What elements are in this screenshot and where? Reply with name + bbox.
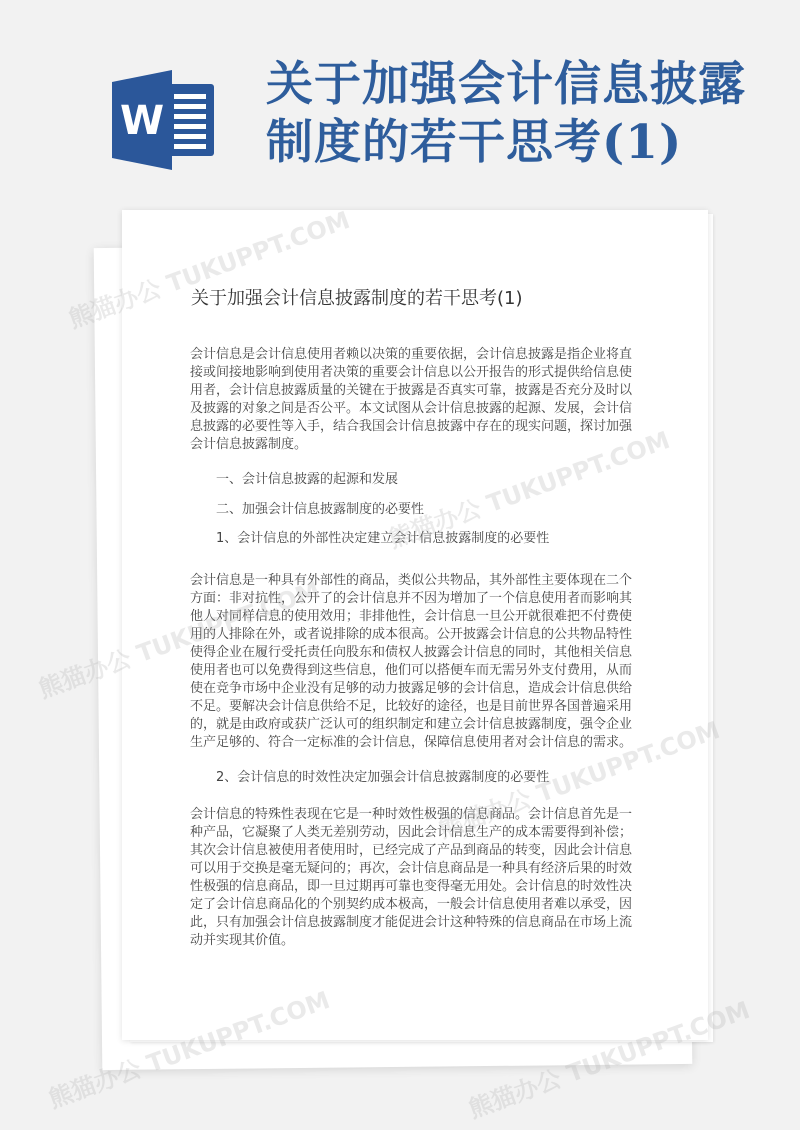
body-paragraph-2: 会计信息的特殊性表现在它是一种时效性极强的信息商品。会计信息首先是一种产品，它凝…: [190, 806, 632, 950]
subsection-heading-2: 2、会计信息的时效性决定加强会计信息披露制度的必要性: [216, 766, 549, 785]
section-heading-1: 一、会计信息披露的起源和发展: [216, 468, 398, 487]
document-title: 关于加强会计信息披露制度的若干思考(1): [191, 284, 523, 310]
banner-title-line2: 制度的若干思考(1): [266, 114, 786, 172]
banner-title-line1: 关于加强会计信息披露: [266, 56, 786, 114]
document-page: 关于加强会计信息披露制度的若干思考(1) 会计信息是会计信息使用者赖以决策的重要…: [122, 210, 708, 1040]
abstract-paragraph: 会计信息是会计信息使用者赖以决策的重要依据，会计信息披露是指企业将直接或间接地影…: [190, 346, 632, 454]
word-document-icon: W: [110, 68, 218, 172]
header: W 关于加强会计信息披露 制度的若干思考(1): [0, 0, 800, 200]
subsection-heading-1: 1、会计信息的外部性决定建立会计信息披露制度的必要性: [216, 527, 549, 546]
banner-title: 关于加强会计信息披露 制度的若干思考(1): [266, 56, 786, 172]
body-paragraph-1: 会计信息是一种具有外部性的商品，类似公共物品，其外部性主要体现在二个方面：非对抗…: [190, 572, 632, 752]
section-heading-2: 二、加强会计信息披露制度的必要性: [216, 498, 424, 517]
svg-text:W: W: [120, 98, 164, 144]
